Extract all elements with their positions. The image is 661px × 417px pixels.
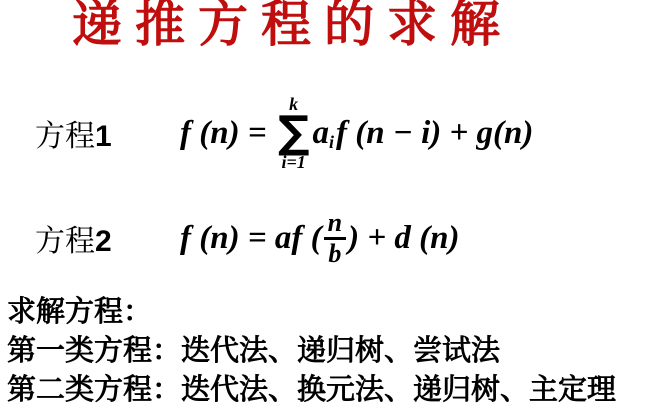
equation-2-rhs: ) + d (n) <box>348 220 459 257</box>
fraction: n b <box>324 210 346 267</box>
slide: 递推方程的求解 方程1 f (n) = k ∑ i=1 a i f (n − i… <box>0 0 661 417</box>
notes-block: 求解方程： 第一类方程：迭代法、递归树、尝试法 第二类方程：迭代法、换元法、递归… <box>7 293 616 410</box>
equation-1-label-number: 1 <box>95 120 112 153</box>
equation-1-label-text: 方程 <box>35 120 95 153</box>
equation-1-formula: f (n) = k ∑ i=1 a i f (n − i) + g(n) <box>180 95 533 171</box>
notes-heading: 求解方程： <box>7 293 616 332</box>
equation-2-lhs: f (n) = af ( <box>180 220 322 257</box>
summation-lower-limit: i=1 <box>282 153 306 171</box>
notes-type2-methods: 第二类方程：迭代法、换元法、递归树、主定理 <box>7 371 616 410</box>
fraction-numerator: n <box>324 210 346 236</box>
equation-1-rhs: f (n − i) + g(n) <box>336 115 533 152</box>
equation-1-lhs: f (n) = <box>180 115 275 152</box>
sigma-icon: ∑ <box>278 113 310 153</box>
equation-2-label-number: 2 <box>95 225 112 258</box>
equation-1-coefficient-base: a <box>312 115 329 152</box>
equation-1-row: 方程1 f (n) = k ∑ i=1 a i f (n − i) + g(n) <box>35 82 533 184</box>
equation-1-coefficient-subscript: i <box>329 132 334 153</box>
summation-symbol: k ∑ i=1 <box>278 95 310 171</box>
equation-2-label-text: 方程 <box>35 225 95 258</box>
equation-1-label: 方程1 <box>35 111 180 155</box>
fraction-denominator: b <box>324 241 345 267</box>
equation-2-row: 方程2 f (n) = af ( n b ) + d (n) <box>35 196 459 280</box>
equation-2-formula: f (n) = af ( n b ) + d (n) <box>180 210 459 267</box>
equation-2-label: 方程2 <box>35 216 180 260</box>
slide-title: 递推方程的求解 <box>72 0 513 51</box>
notes-type1-methods: 第一类方程：迭代法、递归树、尝试法 <box>7 332 616 371</box>
